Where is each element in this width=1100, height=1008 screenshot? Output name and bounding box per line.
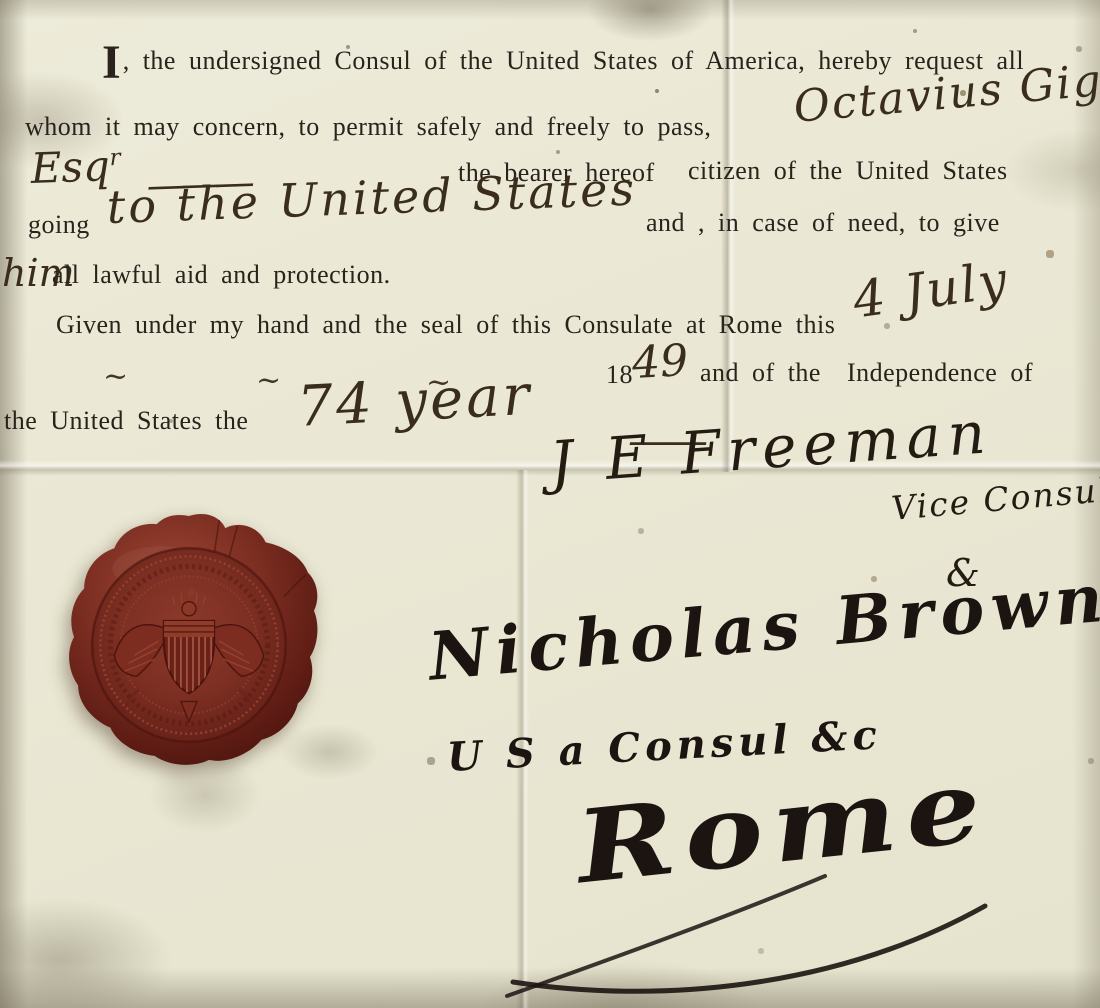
printed-line-opening: I, the undersigned Consul of the United … [102, 46, 1024, 76]
title-vice-consul: Vice Consul [890, 473, 1100, 525]
printed-opening-text: , the undersigned Consul of the United S… [123, 46, 1024, 75]
handwritten-year: 49 [631, 339, 689, 386]
printed-line-whom: whom it may concern, to permit safely an… [25, 112, 711, 142]
wax-seal-icon [68, 512, 320, 770]
handwritten-date: 4 July [850, 254, 1012, 325]
handwritten-74-year: 74 year [296, 368, 534, 436]
esqr-superscript: r [109, 145, 121, 171]
printed-citizen: citizen of the United States [688, 156, 1008, 186]
dropcap-i: I [102, 36, 123, 89]
printed-aid-protection: all lawful aid and protection. [52, 260, 391, 290]
signature-brown: Nicholas Brown [426, 564, 1100, 689]
printed-in-case-of-need: and , in case of need, to give [646, 208, 1000, 238]
printed-given-under: Given under my hand and the seal of this… [56, 310, 835, 340]
printed-going: going [28, 210, 90, 240]
signature-flourish [505, 870, 1045, 1000]
signature-freeman: J E Freeman [548, 403, 994, 492]
printed-year-prefix: 18 [606, 360, 633, 390]
printed-states-the: the United States the [4, 406, 248, 436]
paper-stains [0, 0, 2, 2]
handwritten-tilde-2: ~ [256, 366, 281, 396]
esqr-text: Esq [30, 141, 111, 193]
handwritten-tilde-1: ~ [103, 362, 128, 392]
printed-independence: and of the Independence of [700, 358, 1033, 388]
